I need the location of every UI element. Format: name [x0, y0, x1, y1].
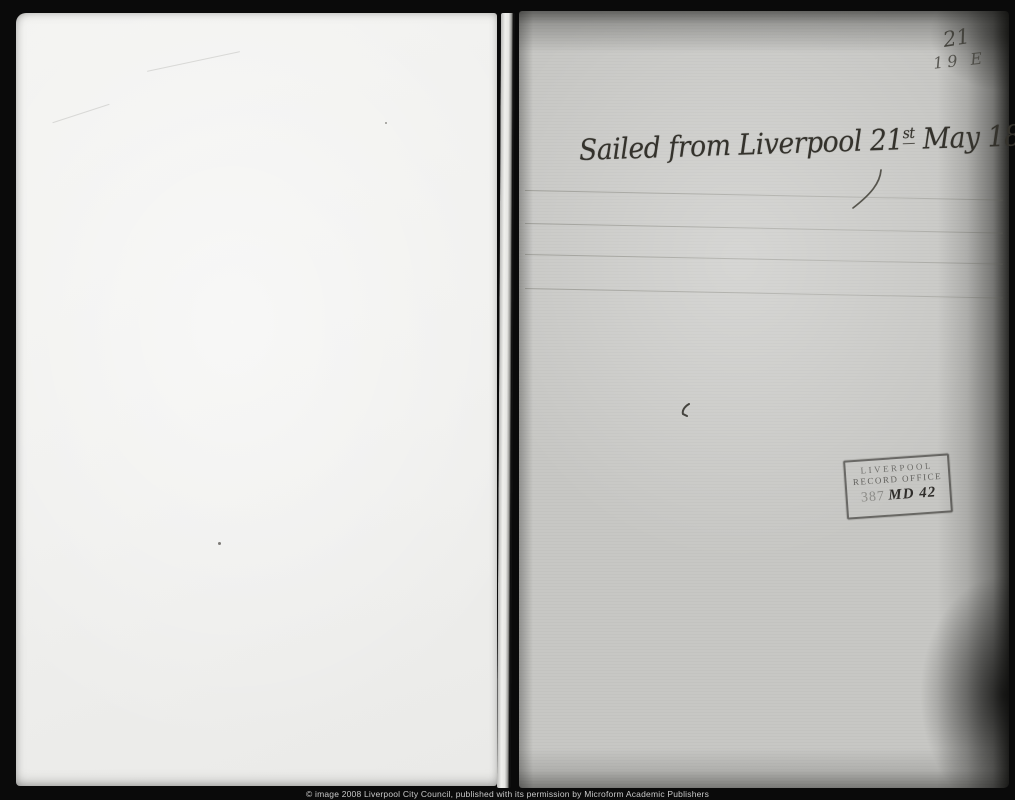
- paper-crease: [52, 104, 109, 123]
- left-page-blank: [16, 13, 497, 786]
- ink-mark: [679, 403, 692, 418]
- page-fore-edge: [497, 13, 515, 788]
- right-page: Sailed from Liverpool 21st May 1802 21 1…: [519, 11, 1009, 788]
- paper-speck: [385, 122, 387, 124]
- ruled-line: [525, 254, 1003, 265]
- pencil-annotation-top: 21: [941, 24, 971, 52]
- pencil-annotation-bottom: 19 E: [932, 48, 987, 72]
- pen-flourish: [851, 169, 885, 211]
- stamp-reference-code: MD 42: [888, 484, 937, 503]
- handwritten-title-suffix: May 1802: [914, 117, 1015, 156]
- paper-crease: [147, 51, 240, 72]
- handwritten-title-superscript: st: [902, 124, 914, 144]
- stamp-reference-line: 387 MD 42: [847, 483, 950, 507]
- ruled-line: [525, 223, 1003, 234]
- stamp-reference-number: 387: [860, 489, 885, 506]
- paper-speck: [218, 542, 221, 545]
- handwritten-title-prefix: Sailed from Liverpool 21: [578, 122, 903, 167]
- archive-stamp: LIVERPOOL RECORD OFFICE 387 MD 42: [843, 453, 953, 519]
- handwritten-title: Sailed from Liverpool 21st May 1802: [578, 117, 1015, 167]
- copyright-credit: © image 2008 Liverpool City Council, pub…: [0, 789, 1015, 799]
- scanned-document-frame: Sailed from Liverpool 21st May 1802 21 1…: [0, 0, 1015, 800]
- ruled-line: [525, 190, 1003, 201]
- ruled-line: [525, 288, 1003, 299]
